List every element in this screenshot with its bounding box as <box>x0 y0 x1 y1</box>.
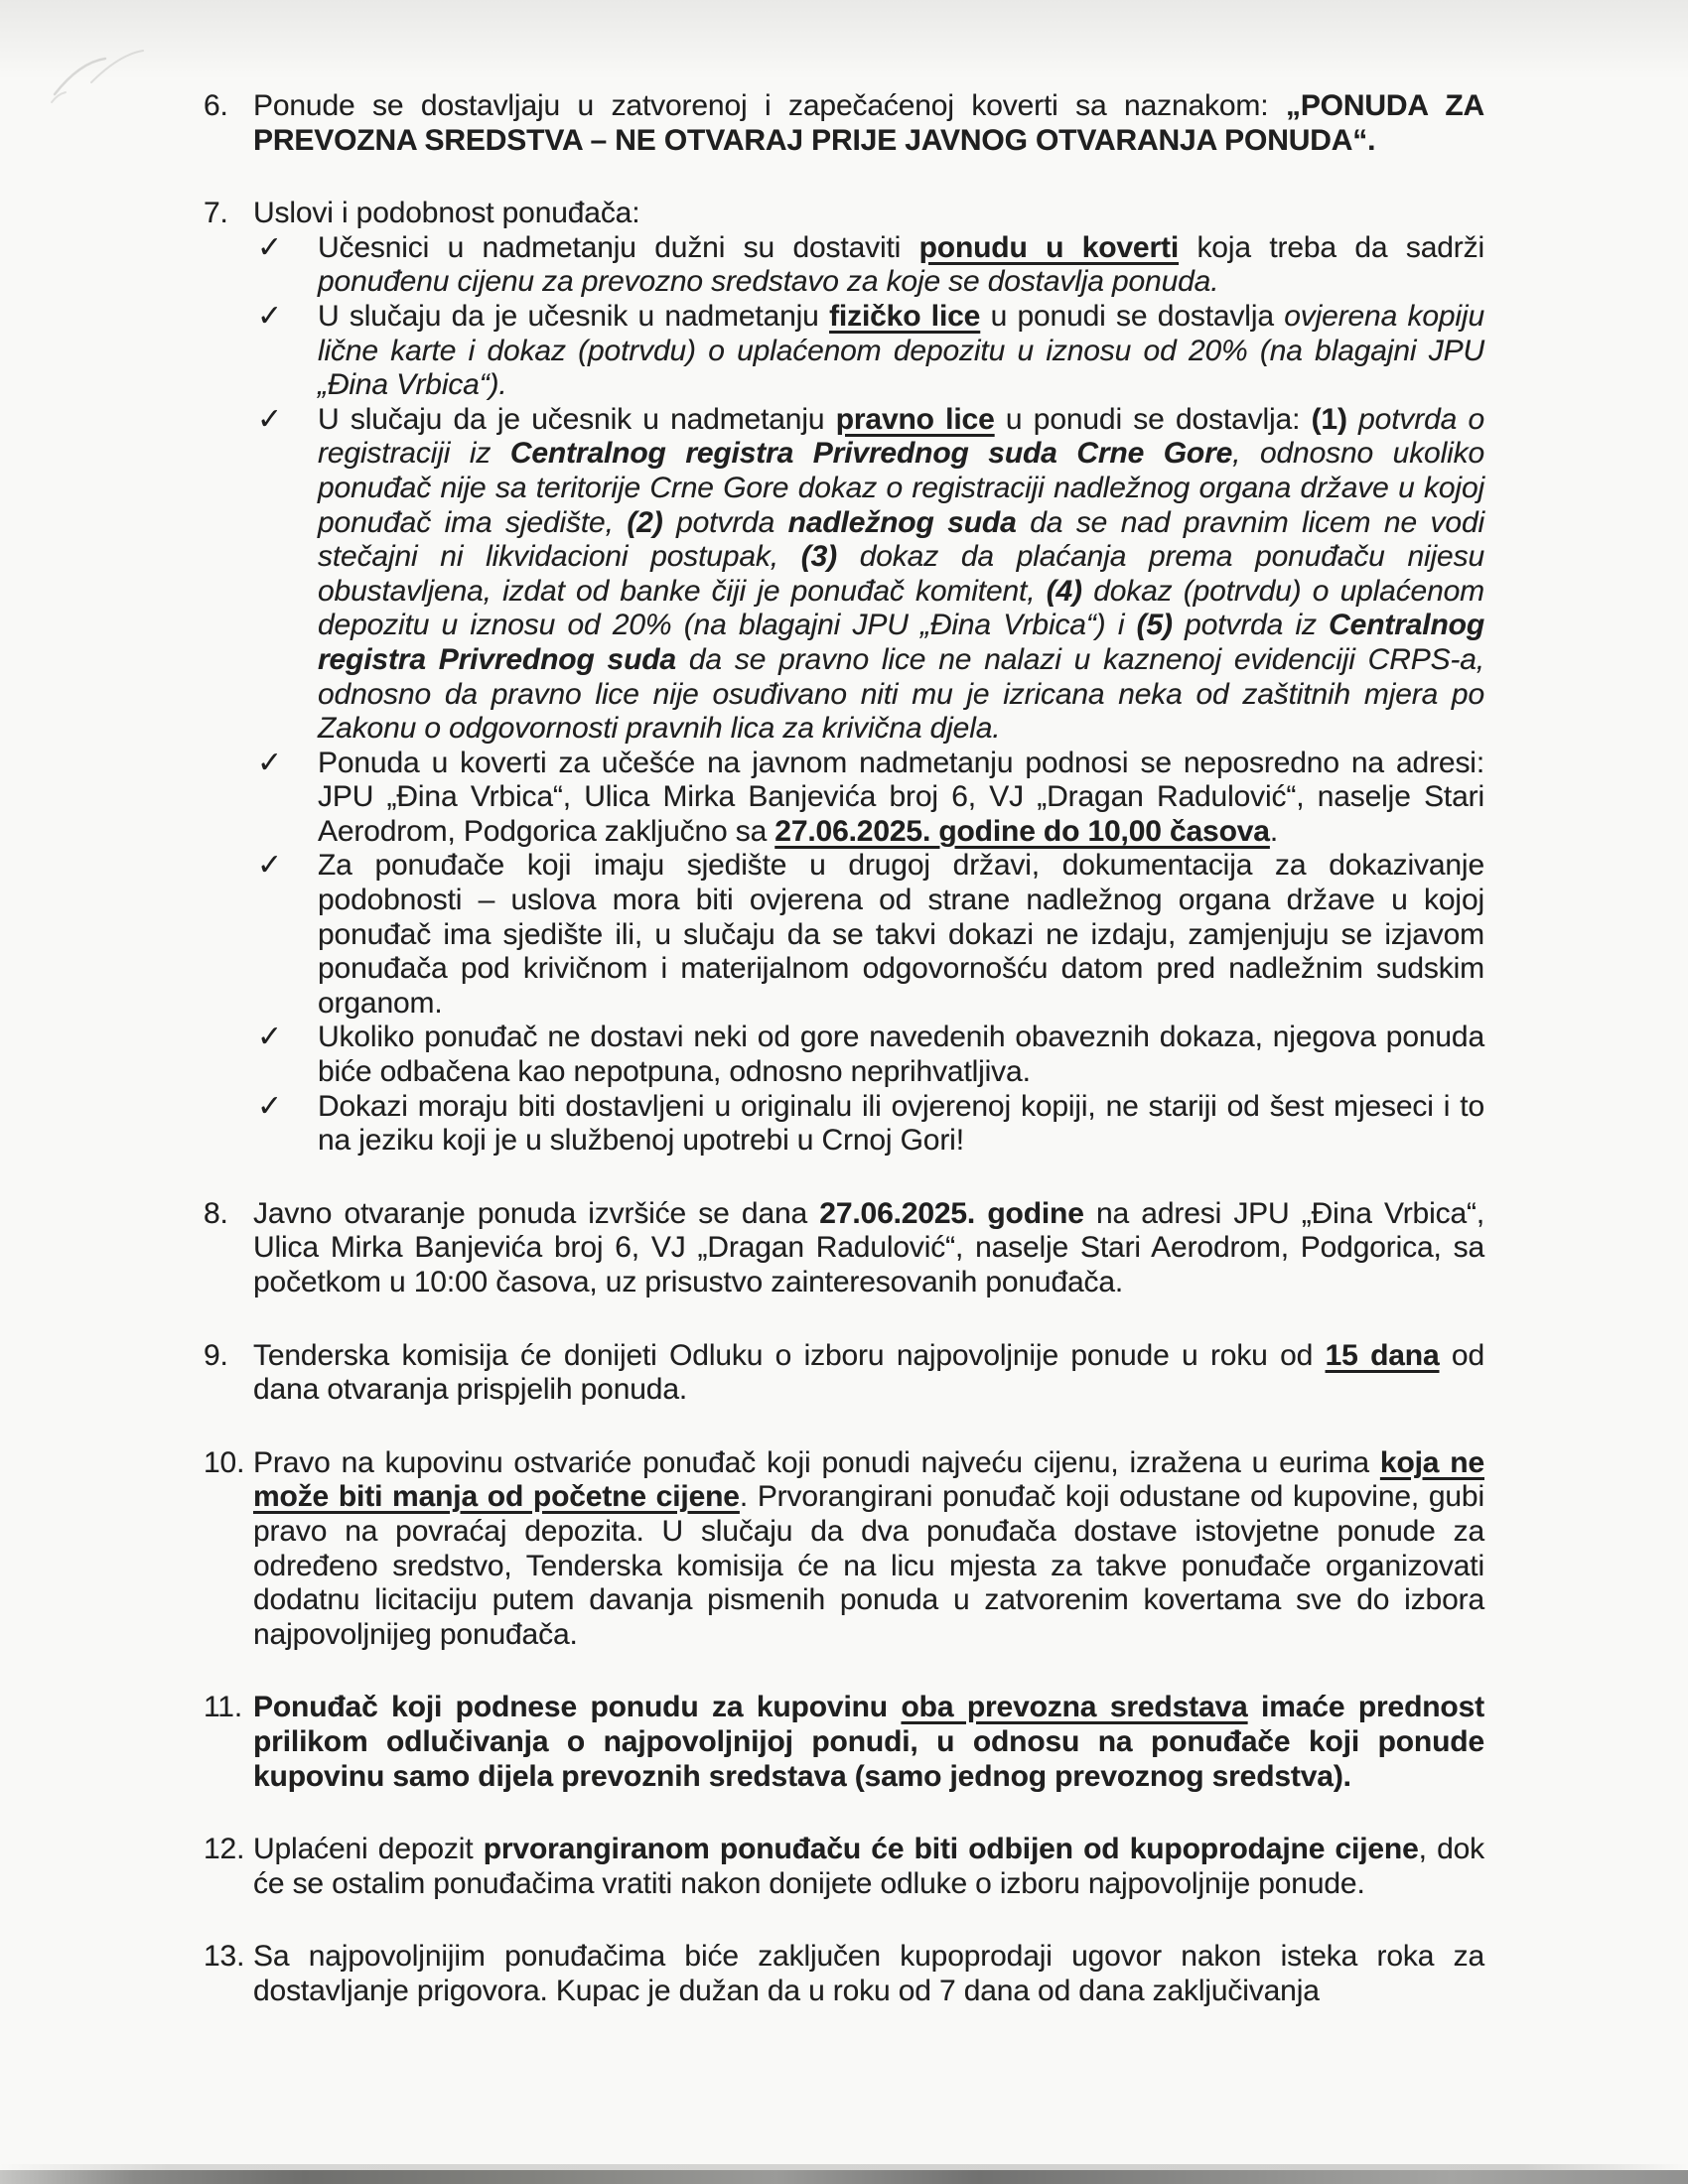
text-run: u ponudi se dostavlja <box>980 300 1284 333</box>
item-content: Javno otvaranje ponuda izvršiće se dana … <box>253 1197 1484 1300</box>
text-run: (4) <box>1047 575 1082 608</box>
check-bullet-item: ✓U slučaju da je učesnik u nadmetanju fi… <box>253 300 1484 403</box>
bullet-text: Za ponuđače koji imaju sjedište u drugoj… <box>318 849 1484 1021</box>
text-run: U slučaju da je učesnik u nadmetanju <box>318 403 836 436</box>
text-run: i <box>456 335 487 367</box>
item-content: Sa najpovoljnijim ponuđačima biće zaklju… <box>253 1940 1484 2008</box>
check-bullet-item: ✓Za ponuđače koji imaju sjedište u drugo… <box>253 849 1484 1021</box>
bullet-text: Dokazi moraju biti dostavljeni u origina… <box>318 1090 1484 1159</box>
text-run: pravno lice <box>836 403 995 436</box>
item-number: 6. <box>204 89 253 158</box>
text-run: dokaz (potrvdu) o uplaćenom depozitu u i… <box>318 335 1484 402</box>
bullet-text: U slučaju da je učesnik u nadmetanju pra… <box>318 403 1484 747</box>
scanner-edge-band <box>0 2170 1688 2184</box>
text-run: potvrda iz <box>1173 609 1329 641</box>
list-item-6: 6.Ponude se dostavljaju u zatvorenoj i z… <box>204 89 1484 158</box>
item-content: Uplaćeni depozit prvorangiranom ponuđaču… <box>253 1833 1484 1901</box>
list-item-12: 12.Uplaćeni depozit prvorangiranom ponuđ… <box>204 1833 1484 1901</box>
text-run: Ponuđač koji podnese ponudu za kupovinu <box>253 1691 901 1723</box>
checkmark-icon: ✓ <box>253 1021 318 1089</box>
text-run: 27.06.2025. godine <box>819 1197 1083 1230</box>
text-run: Centralnog registra Privrednog suda Crne… <box>510 437 1232 470</box>
check-bullet-item: ✓Učesnici u nadmetanju dužni su dostavit… <box>253 231 1484 300</box>
item-number: 8. <box>204 1197 253 1300</box>
list-item-11: 11.Ponuđač koji podnese ponudu za kupovi… <box>204 1691 1484 1794</box>
item-paragraph: Uplaćeni depozit prvorangiranom ponuđaču… <box>253 1833 1484 1901</box>
document-body: 6.Ponude se dostavljaju u zatvorenoj i z… <box>204 89 1484 2048</box>
text-run: u ponudi se dostavlja: <box>995 403 1312 436</box>
check-bullet-item: ✓Dokazi moraju biti dostavljeni u origin… <box>253 1090 1484 1159</box>
item-number: 10. <box>204 1446 253 1653</box>
text-run: Uslovi i podobnost ponuđača: <box>253 197 639 229</box>
text-run: oba prevozna sredstava <box>901 1691 1247 1723</box>
list-item-7: 7.Uslovi i podobnost ponuđača:✓Učesnici … <box>204 197 1484 1159</box>
list-item-9: 9.Tenderska komisija će donijeti Odluku … <box>204 1339 1484 1408</box>
item-content: Ponude se dostavljaju u zatvorenoj i zap… <box>253 89 1484 158</box>
text-run: . <box>1270 815 1278 848</box>
text-run: (1) <box>1312 403 1347 436</box>
item-number: 12. <box>204 1833 253 1901</box>
list-item-13: 13.Sa najpovoljnijim ponuđačima biće zak… <box>204 1940 1484 2008</box>
list-item-10: 10.Pravo na kupovinu ostvariće ponuđač k… <box>204 1446 1484 1653</box>
text-run: fizičko lice <box>829 300 980 333</box>
text-run: ponuđenu cijenu za prevozno sredstavo za… <box>318 265 1218 298</box>
pencil-mark <box>40 25 179 114</box>
list-item-8: 8.Javno otvaranje ponuda izvršiće se dan… <box>204 1197 1484 1300</box>
check-bullet-item: ✓Ponuda u koverti za učešće na javnom na… <box>253 747 1484 850</box>
text-run: (2) <box>627 506 662 539</box>
checkmark-icon: ✓ <box>253 300 318 403</box>
text-run: U slučaju da je učesnik u nadmetanju <box>318 300 829 333</box>
text-run: ponudu u koverti <box>919 231 1179 264</box>
check-bullet-item: ✓U slučaju da je učesnik u nadmetanju pr… <box>253 403 1484 747</box>
item-paragraph: Sa najpovoljnijim ponuđačima biće zaklju… <box>253 1940 1484 2008</box>
check-bullet-item: ✓Ukoliko ponuđač ne dostavi neki od gore… <box>253 1021 1484 1089</box>
checkmark-icon: ✓ <box>253 403 318 747</box>
item-paragraph: Ponuđač koji podnese ponudu za kupovinu … <box>253 1691 1484 1794</box>
item-number: 9. <box>204 1339 253 1408</box>
item-paragraph: Tenderska komisija će donijeti Odluku o … <box>253 1339 1484 1408</box>
item-number: 7. <box>204 197 253 1159</box>
item-paragraph: Javno otvaranje ponuda izvršiće se dana … <box>253 1197 1484 1300</box>
text-run: Za ponuđače koji imaju sjedište u drugoj… <box>318 849 1484 1019</box>
bullet-text: Učesnici u nadmetanju dužni su dostaviti… <box>318 231 1484 300</box>
item-number: 13. <box>204 1940 253 2008</box>
checkmark-icon: ✓ <box>253 849 318 1021</box>
item-paragraph: Uslovi i podobnost ponuđača: <box>253 197 1484 231</box>
text-run: (3) <box>801 540 837 573</box>
text-run: Uplaćeni depozit <box>253 1833 484 1865</box>
text-run: Dokazi moraju biti dostavljeni u origina… <box>318 1090 1484 1158</box>
item-paragraph: Ponude se dostavljaju u zatvorenoj i zap… <box>253 89 1484 158</box>
text-run: koja treba da sadrži <box>1179 231 1484 264</box>
text-run: nadležnog suda <box>788 506 1017 539</box>
text-run: Učesnici u nadmetanju dužni su dostaviti <box>318 231 919 264</box>
checkmark-icon: ✓ <box>253 1090 318 1159</box>
checkmark-icon: ✓ <box>253 747 318 850</box>
text-run: Pravo na kupovinu ostvariće ponuđač koji… <box>253 1446 1380 1479</box>
text-run: Sa najpovoljnijim ponuđačima biće zaklju… <box>253 1940 1484 2007</box>
bullet-text: Ponuda u koverti za učešće na javnom nad… <box>318 747 1484 850</box>
item-number: 11. <box>204 1691 253 1794</box>
text-run: Ponude se dostavljaju u zatvorenoj i zap… <box>253 89 1286 122</box>
text-run: Tenderska komisija će donijeti Odluku o … <box>253 1339 1326 1372</box>
scanned-document-page: 6.Ponude se dostavljaju u zatvorenoj i z… <box>0 0 1688 2184</box>
bullet-text: Ukoliko ponuđač ne dostavi neki od gore … <box>318 1021 1484 1089</box>
checkmark-icon: ✓ <box>253 231 318 300</box>
text-run: 15 dana <box>1326 1339 1440 1372</box>
item-content: Pravo na kupovinu ostvariće ponuđač koji… <box>253 1446 1484 1653</box>
bullet-text: U slučaju da je učesnik u nadmetanju fiz… <box>318 300 1484 403</box>
text-run: 27.06.2025. godine do 10,00 časova <box>774 815 1270 848</box>
text-run: prvorangiranom ponuđaču će biti odbijen … <box>484 1833 1419 1865</box>
text-run: potvrda <box>663 506 788 539</box>
item-content: Ponuđač koji podnese ponudu za kupovinu … <box>253 1691 1484 1794</box>
item-content: Tenderska komisija će donijeti Odluku o … <box>253 1339 1484 1408</box>
item-content: Uslovi i podobnost ponuđača:✓Učesnici u … <box>253 197 1484 1159</box>
item-paragraph: Pravo na kupovinu ostvariće ponuđač koji… <box>253 1446 1484 1653</box>
text-run: Ukoliko ponuđač ne dostavi neki od gore … <box>318 1021 1484 1088</box>
text-run: Javno otvaranje ponuda izvršiće se dana <box>253 1197 819 1230</box>
text-run: (5) <box>1137 609 1173 641</box>
